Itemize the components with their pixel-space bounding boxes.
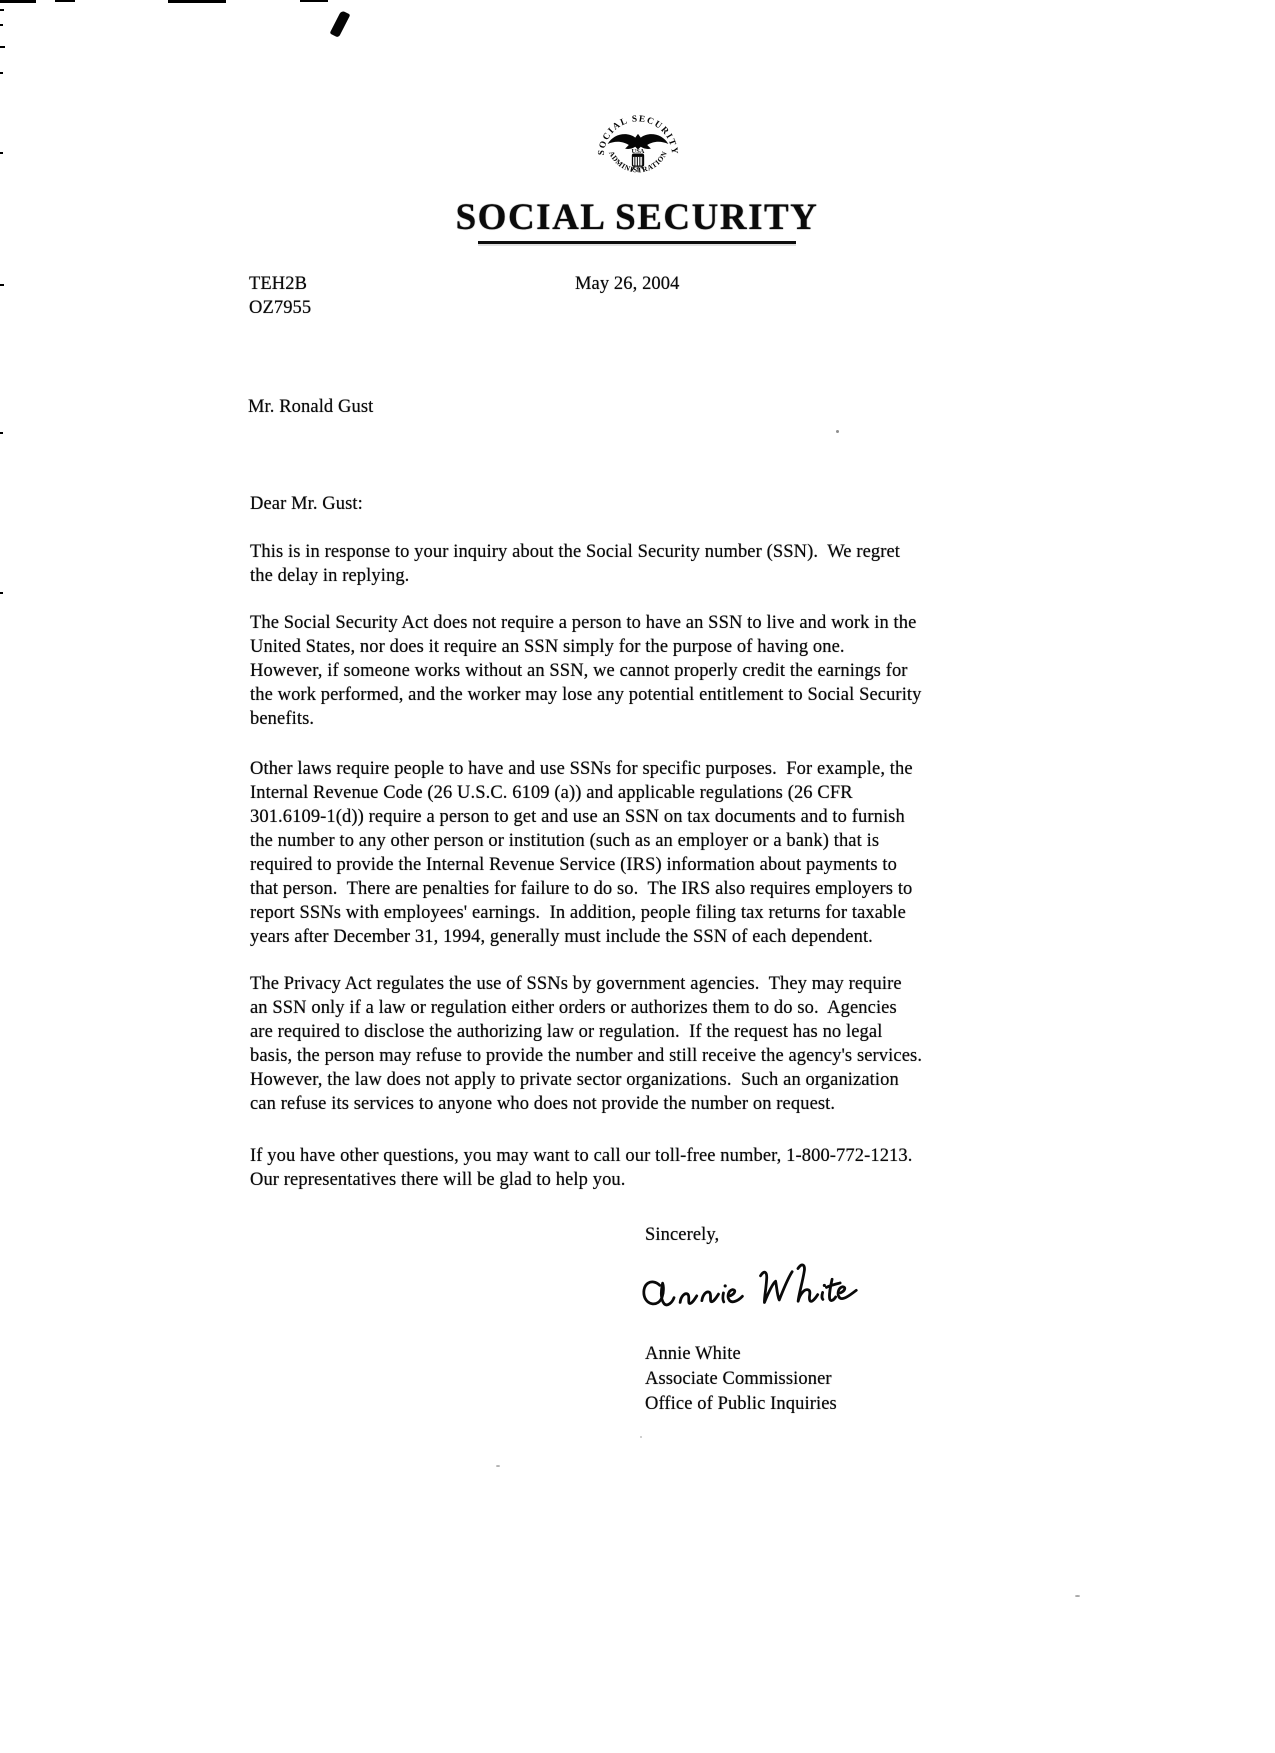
scan-artifact xyxy=(0,0,36,3)
scan-artifact xyxy=(0,72,3,74)
salutation: Dear Mr. Gust: xyxy=(250,492,363,516)
scan-speck xyxy=(836,430,839,433)
signer-office: Office of Public Inquiries xyxy=(645,1392,837,1416)
body-paragraph-2: The Social Security Act does not require… xyxy=(250,611,922,731)
scan-artifact xyxy=(55,0,75,2)
scan-artifact xyxy=(168,0,226,3)
body-paragraph-5: If you have other questions, you may wan… xyxy=(250,1144,913,1192)
ssa-seal-icon: SOCIAL SECURITY SOCIAL SECURITY ADMINIST… xyxy=(592,110,684,202)
scan-speck xyxy=(1075,1595,1080,1597)
signer-name: Annie White xyxy=(645,1342,741,1366)
scan-artifact xyxy=(0,432,3,434)
body-paragraph-4: The Privacy Act regulates the use of SSN… xyxy=(250,972,922,1116)
letter-page: SOCIAL SECURITY SOCIAL SECURITY ADMINIST… xyxy=(0,0,1275,1753)
signer-title: Associate Commissioner xyxy=(645,1367,832,1391)
letterhead-underline xyxy=(478,241,796,244)
body-paragraph-1: This is in response to your inquiry abou… xyxy=(250,540,900,588)
letter-date: May 26, 2004 xyxy=(575,272,680,296)
scan-artifact xyxy=(0,284,4,286)
scan-artifact xyxy=(0,46,5,48)
scan-speck xyxy=(640,1436,642,1438)
letterhead-title: SOCIAL SECURITY xyxy=(456,196,819,239)
reference-codes: TEH2B OZ7955 xyxy=(249,272,311,320)
valediction: Sincerely, xyxy=(645,1223,719,1247)
scan-artifact xyxy=(0,152,3,154)
scan-artifact xyxy=(0,592,3,594)
scan-speck xyxy=(496,1465,500,1467)
scan-artifact xyxy=(300,0,328,2)
scan-artifact xyxy=(0,9,4,11)
body-paragraph-3: Other laws require people to have and us… xyxy=(250,757,913,949)
scan-artifact xyxy=(0,24,3,26)
recipient-name: Mr. Ronald Gust xyxy=(248,395,373,419)
pen-mark xyxy=(330,10,351,38)
handwritten-signature: Annie White xyxy=(637,1248,867,1326)
